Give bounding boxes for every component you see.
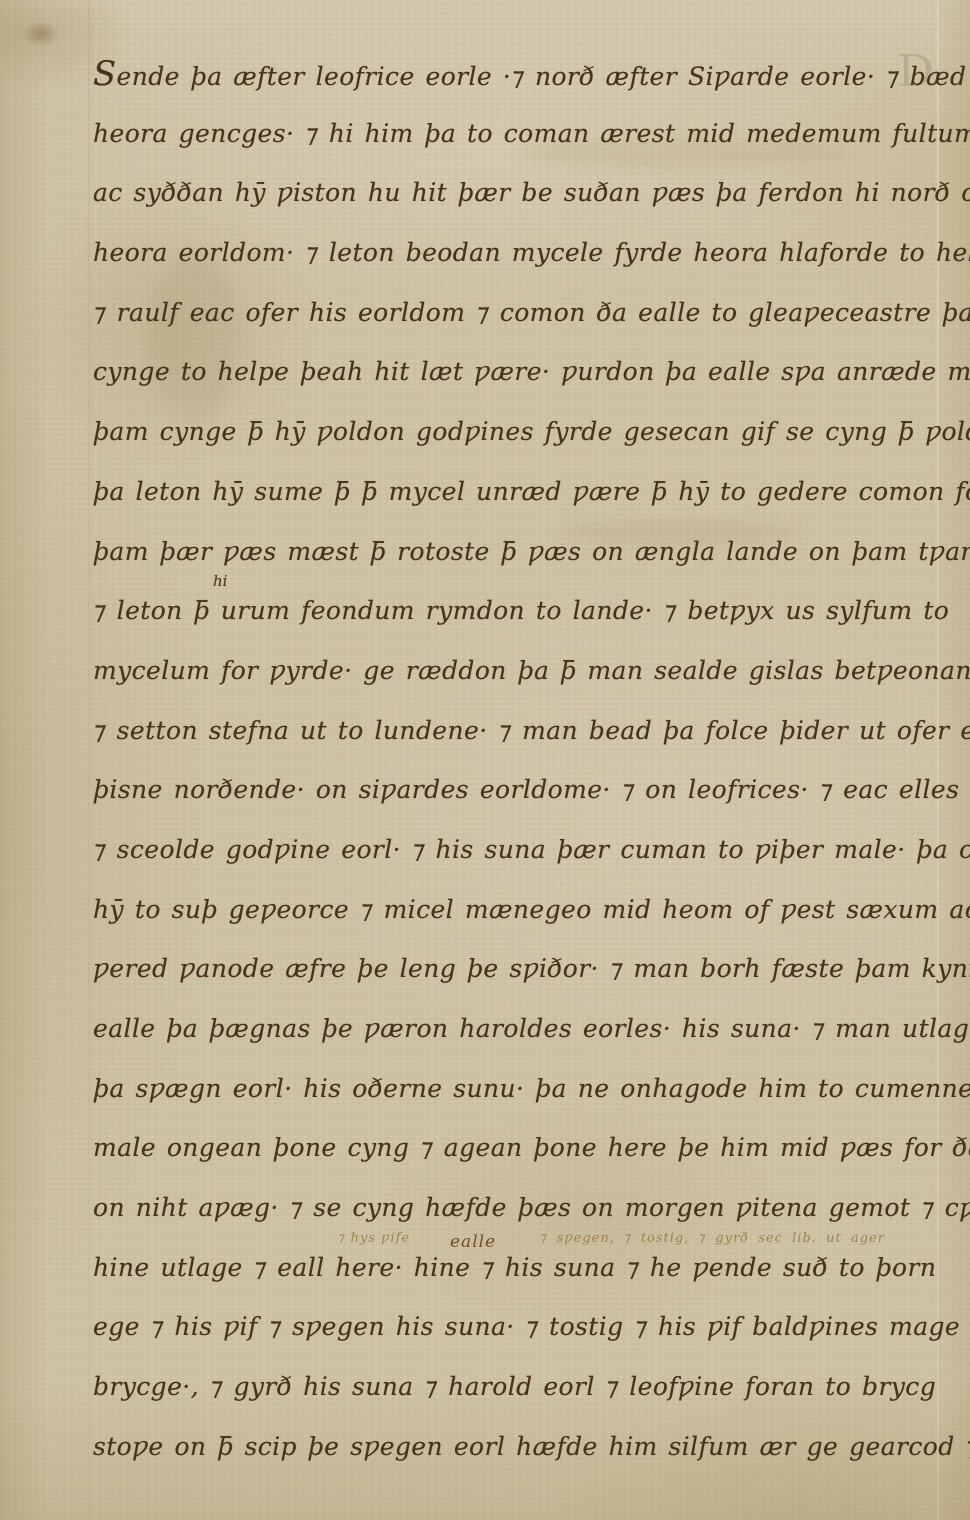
text-line: cynge to helpe þeah hit læt ƿære· ƿurdon… xyxy=(93,342,935,402)
interlinear-gloss-left: ⁊ hys ƿife xyxy=(338,1231,410,1246)
text-line: þa leton hȳ sume þ̄ þ̄ mycel unræd ƿære … xyxy=(93,462,935,522)
text-line: ealle þa þægnas þe ƿæron haroldes eorles… xyxy=(93,999,935,1059)
text-line: þa sƿægn eorl· his oðerne sunu· þa ne on… xyxy=(93,1059,935,1119)
text-line: on niht aƿæg· ⁊ se cyng hæfde þæs on mor… xyxy=(93,1178,935,1238)
text-line: hȳ to suþ geƿeorce ⁊ micel mænegeo mid h… xyxy=(93,880,935,940)
text-block: Sende þa æfter leofrice eorle ·⁊ norð æf… xyxy=(93,44,935,1477)
text-line: hine utlage ⁊ eall here· hine ⁊ his suna… xyxy=(93,1238,935,1298)
manuscript-page: D Sende þa æfter leofrice eorle ·⁊ norð … xyxy=(0,0,970,1520)
text-line: ⁊ sceolde godƿine eorl· ⁊ his suna þær c… xyxy=(93,820,935,880)
ruling-line-left xyxy=(88,0,90,1520)
text-line: þisne norðende· on siƿardes eorldome· ⁊ … xyxy=(93,760,935,820)
interlinear-insertion: hi xyxy=(213,572,227,590)
text-line: þam cynge þ̄ hȳ ƿoldon godƿines fyrde ge… xyxy=(93,402,935,462)
interlinear-gloss-right: ⁊ sƿegen, ⁊ tostig, ⁊ gyrð sec lib. ut a… xyxy=(540,1231,885,1246)
text-line: ƿered ƿanode æfre þe leng þe sƿiðor· ⁊ m… xyxy=(93,939,935,999)
text-line: ac syððan hȳ ƿiston hu hit þær be suðan … xyxy=(93,163,935,223)
interlinear-gloss-center: ealle xyxy=(450,1232,496,1252)
text-line: ege ⁊ his ƿif ⁊ sƿegen his suna· ⁊ tosti… xyxy=(93,1297,935,1357)
text-line: stoƿe on þ̄ scip þe sƿegen eorl hæfde hi… xyxy=(93,1417,935,1477)
text-line: ⁊ leton þ̄ urum feondum rymdon to lande·… xyxy=(93,581,935,641)
text-line: heora gencges· ⁊ hi him þa to coman æres… xyxy=(93,104,935,164)
text-line: brycge·, ⁊ gyrð his suna ⁊ harold eorl ⁊… xyxy=(93,1357,935,1417)
text-line: ⁊ setton stefna ut to lundene· ⁊ man bea… xyxy=(93,701,935,761)
text-line: ⁊ raulf eac ofer his eorldom ⁊ comon ða … xyxy=(93,283,935,343)
text-line: mycelum for ƿyrde· ge ræddon þa þ̄ man s… xyxy=(93,641,935,701)
ruling-line-right xyxy=(937,0,939,1520)
text-line: male ongean þone cyng ⁊ agean þone here … xyxy=(93,1118,935,1178)
text-line: Sende þa æfter leofrice eorle ·⁊ norð æf… xyxy=(93,44,935,104)
text-line: heora eorldom· ⁊ leton beodan mycele fyr… xyxy=(93,223,935,283)
